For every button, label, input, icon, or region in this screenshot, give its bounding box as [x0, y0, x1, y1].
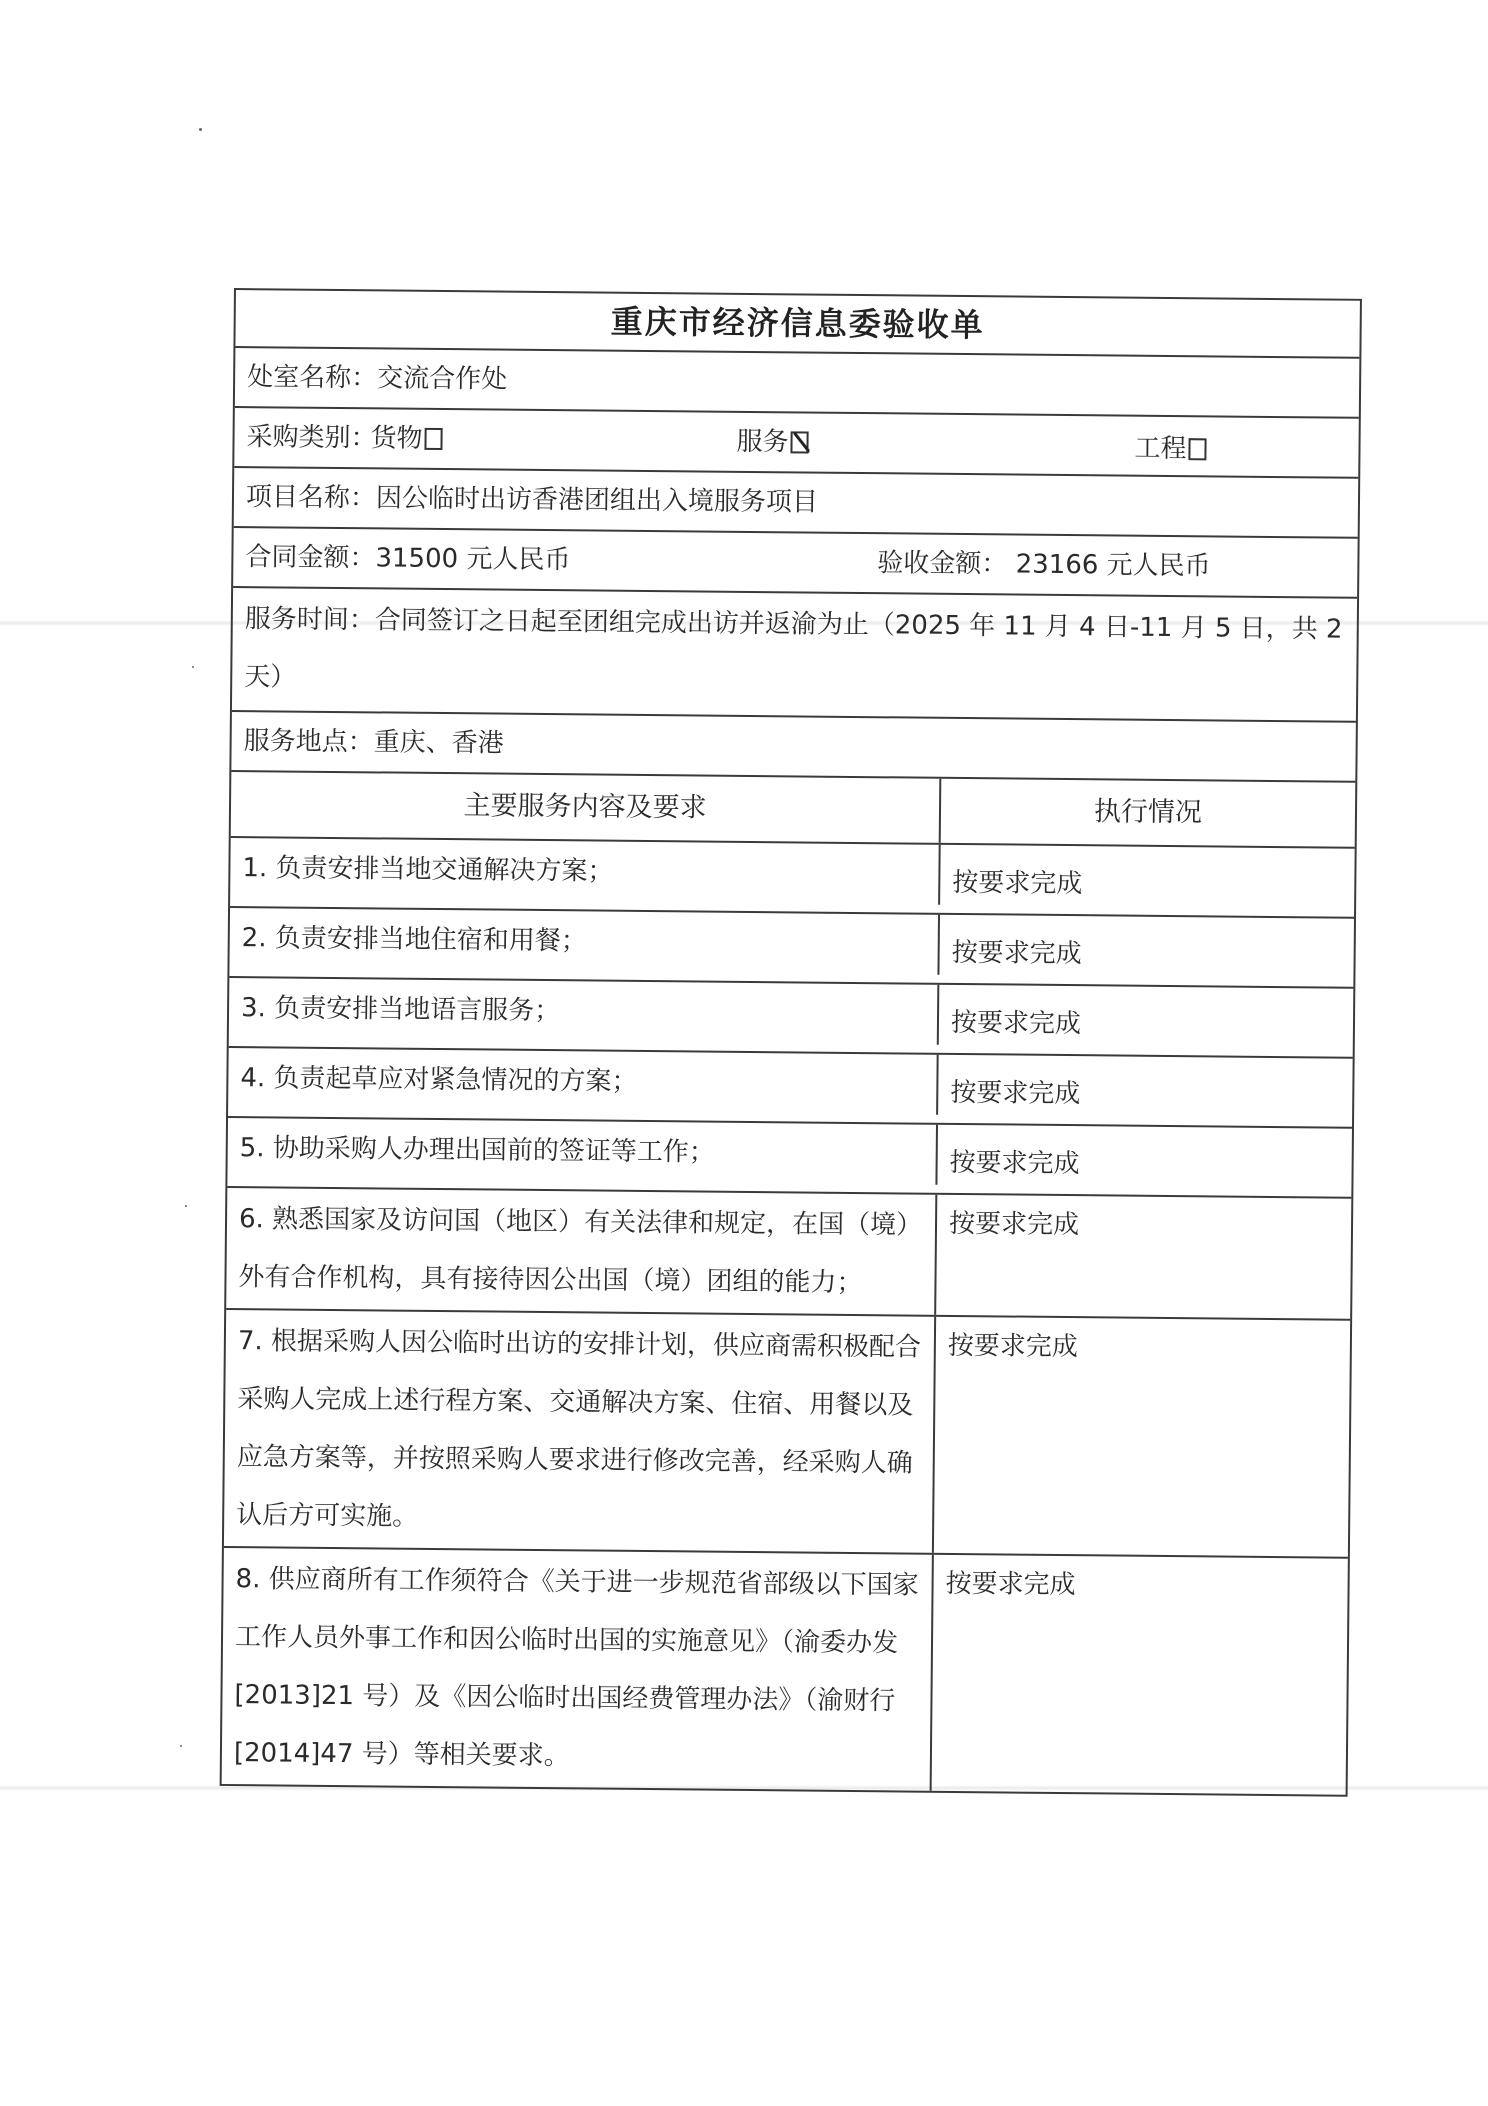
row-status: 按要求完成 [937, 1125, 1352, 1197]
scan-speck [185, 1205, 187, 1207]
scan-speck [192, 666, 194, 668]
acceptance-amount-label: 验收金额： [877, 548, 1007, 579]
table-row: 2. 负责安排当地住宿和用餐； 按要求完成 [229, 908, 1354, 989]
checkbox-goods-icon[interactable] [424, 428, 442, 450]
department-label: 处室名称： [247, 357, 377, 398]
row-status: 按要求完成 [939, 985, 1354, 1057]
category-services[interactable]: 服务 [736, 422, 808, 463]
table-row: 6. 熟悉国家及访问国（地区）有关法律和规定，在国（境）外有合作机构，具有接待因… [226, 1188, 1351, 1321]
header-content: 主要服务内容及要求 [231, 772, 942, 843]
service-time-value: 合同签订之日起至团组完成出访并返渝为止（2025 年 11 月 4 日-11 月… [244, 605, 1343, 692]
service-location-value: 重庆、香港 [373, 722, 503, 763]
category-engineering[interactable]: 工程 [1134, 429, 1206, 470]
service-location-label: 服务地点： [243, 721, 373, 762]
header-status: 执行情况 [941, 779, 1356, 847]
table-row: 7. 根据采购人因公临时出访的安排计划，供应商需积极配合采购人完成上述行程方案、… [224, 1310, 1350, 1559]
scan-speck [199, 128, 202, 131]
row-content: 1. 负责安排当地交通解决方案； [230, 838, 941, 905]
row-status: 按要求完成 [938, 1055, 1353, 1127]
scan-speck [180, 1745, 182, 1747]
row-status: 按要求完成 [940, 845, 1355, 917]
acceptance-amount-value: 23166 元人民币 [1016, 550, 1211, 582]
row-status: 按要求完成 [939, 915, 1354, 987]
form-title-row: 重庆市经济信息委验收单 [235, 290, 1360, 359]
acceptance-form: 重庆市经济信息委验收单 处室名称： 交流合作处 采购类别： 货物 服务 工程 项… [220, 288, 1362, 1797]
form-title: 重庆市经济信息委验收单 [610, 302, 984, 346]
service-time-label: 服务时间： [245, 604, 375, 635]
row-content: 5. 协助采购人办理出国前的签证等工作； [227, 1118, 938, 1185]
table-row: 4. 负责起草应对紧急情况的方案； 按要求完成 [228, 1048, 1353, 1129]
contract-amount-label: 合同金额： [245, 537, 375, 578]
row-content: 4. 负责起草应对紧急情况的方案； [228, 1048, 939, 1115]
table-header-row: 主要服务内容及要求 执行情况 [231, 772, 1356, 849]
acceptance-amount: 验收金额： 23166 元人民币 [877, 543, 1211, 586]
contract-amount-value: 31500 元人民币 [375, 538, 570, 580]
table-row: 5. 协助采购人办理出国前的签证等工作； 按要求完成 [227, 1118, 1352, 1199]
checkbox-engineering-icon[interactable] [1188, 438, 1206, 460]
department-row: 处室名称： 交流合作处 [235, 348, 1360, 419]
row-content: 2. 负责安排当地住宿和用餐； [229, 908, 940, 975]
row-status: 按要求完成 [936, 1195, 1351, 1319]
service-time-text: 服务时间：合同签订之日起至团组完成出访并返渝为止（2025 年 11 月 4 日… [244, 590, 1357, 717]
amount-row: 合同金额： 31500 元人民币 验收金额： 23166 元人民币 [233, 528, 1358, 599]
category-services-label: 服务 [736, 422, 788, 462]
row-content: 7. 根据采购人因公临时出访的安排计划，供应商需积极配合采购人完成上述行程方案、… [224, 1310, 936, 1553]
row-content: 6. 熟悉国家及访问国（地区）有关法律和规定，在国（境）外有合作机构，具有接待因… [226, 1188, 937, 1315]
procurement-category-label: 采购类别： [246, 417, 376, 458]
category-engineering-label: 工程 [1134, 429, 1186, 469]
project-name-label: 项目名称： [246, 477, 376, 518]
checkbox-services-checked-icon[interactable] [790, 431, 808, 453]
service-location-row: 服务地点： 重庆、香港 [231, 712, 1356, 783]
row-content: 8. 供应商所有工作须符合《关于进一步规范省部级以下国家工作人员外事工作和因公临… [222, 1548, 934, 1791]
category-goods[interactable]: 货物 [370, 418, 442, 459]
row-status: 按要求完成 [932, 1555, 1348, 1795]
table-row: 8. 供应商所有工作须符合《关于进一步规范省部级以下国家工作人员外事工作和因公临… [222, 1548, 1348, 1795]
project-name-value: 因公临时出访香港团组出入境服务项目 [376, 478, 818, 522]
category-goods-label: 货物 [370, 418, 422, 458]
table-row: 3. 负责安排当地语言服务； 按要求完成 [229, 978, 1354, 1059]
project-name-row: 项目名称： 因公临时出访香港团组出入境服务项目 [234, 468, 1359, 539]
row-status: 按要求完成 [934, 1317, 1350, 1557]
table-row: 1. 负责安排当地交通解决方案； 按要求完成 [230, 838, 1355, 919]
department-value: 交流合作处 [377, 358, 507, 399]
procurement-category-row: 采购类别： 货物 服务 工程 [234, 408, 1359, 479]
row-content: 3. 负责安排当地语言服务； [229, 978, 940, 1045]
service-time-row: 服务时间：合同签订之日起至团组完成出访并返渝为止（2025 年 11 月 4 日… [232, 588, 1357, 723]
